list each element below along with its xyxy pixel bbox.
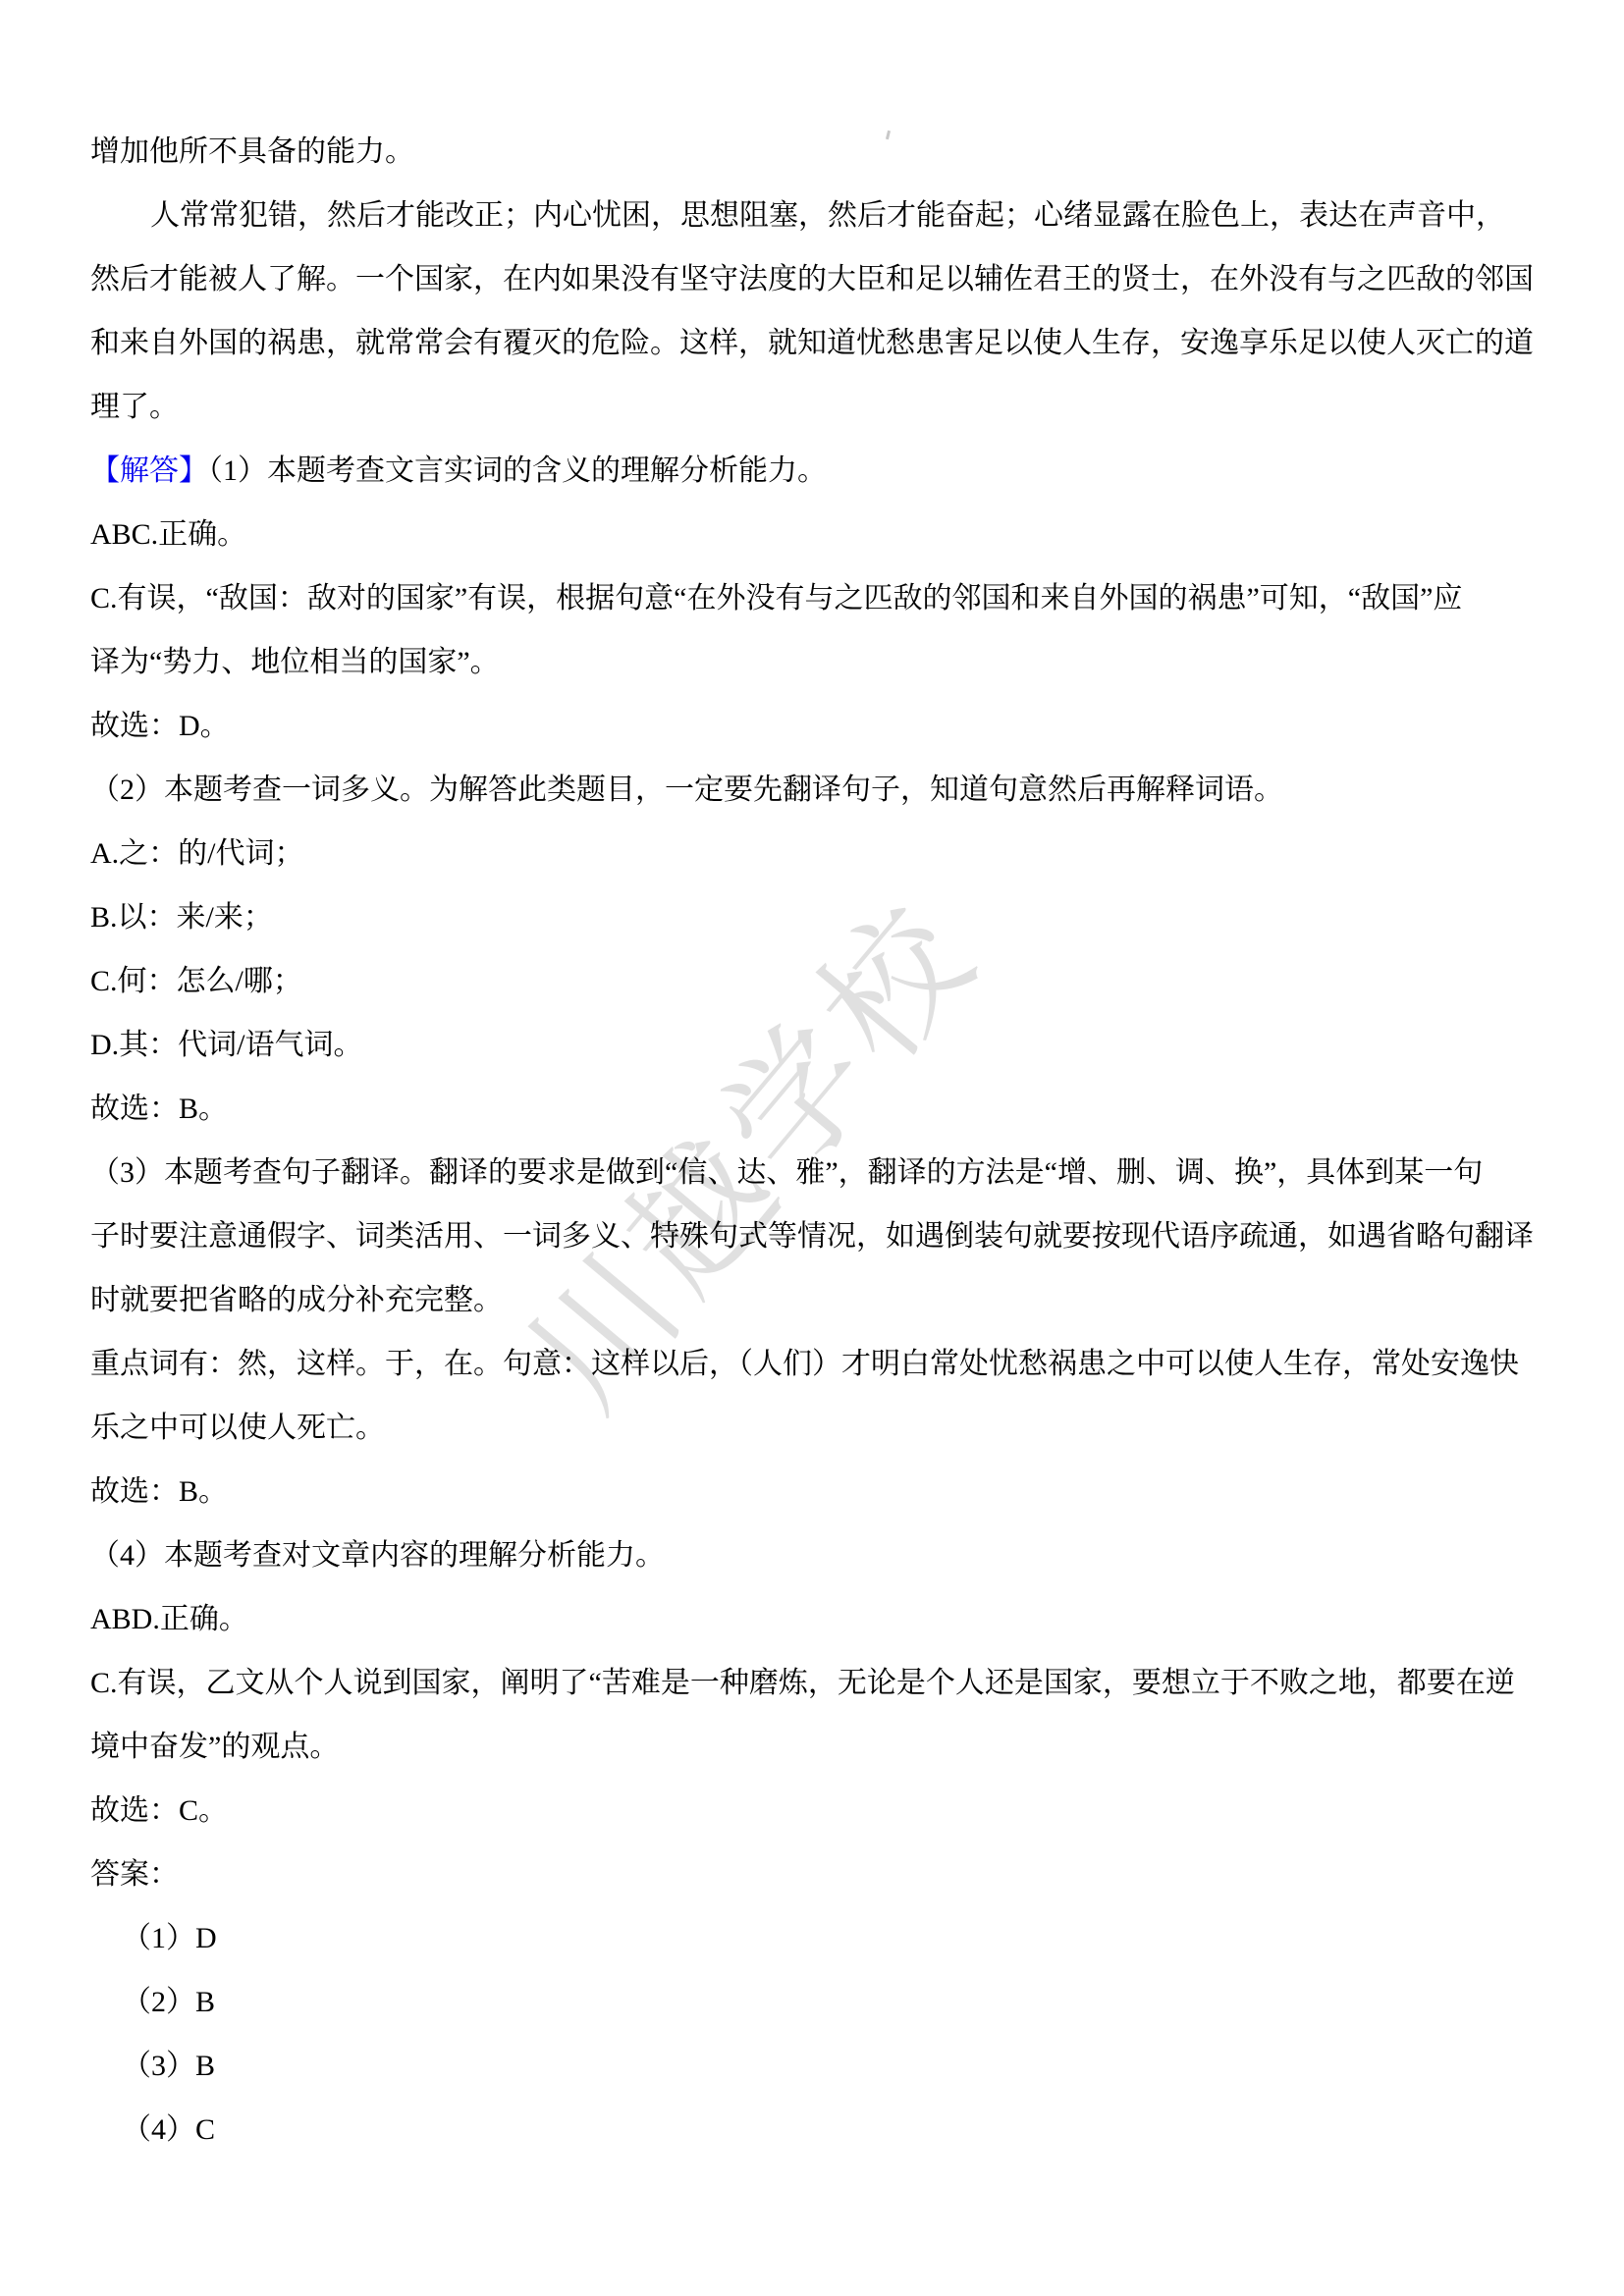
text-line: ABC.正确。: [90, 503, 1543, 566]
document-body: 增加他所不具备的能力。 人常常犯错，然后才能改正；内心忧困，思想阻塞，然后才能奋…: [90, 120, 1543, 2162]
text-line: 子时要注意通假字、词类活用、一词多义、特殊句式等情况，如遇倒装句就要按现代语序疏…: [90, 1204, 1543, 1268]
jieda-label: 【解答】: [90, 454, 208, 487]
text-line: 和来自外国的祸患，就常常会有覆灭的危险。这样，就知道忧愁患害足以使人生存，安逸享…: [90, 311, 1543, 375]
text-line: 故选：C。: [90, 1779, 1543, 1842]
text-line: 故选：D。: [90, 694, 1543, 758]
text-line: （3）本题考查句子翻译。翻译的要求是做到“信、达、雅”，翻译的方法是“增、删、调…: [90, 1141, 1543, 1204]
text-line: B.以：来/来；: [90, 885, 1543, 949]
text-line: 人常常犯错，然后才能改正；内心忧困，思想阻塞，然后才能奋起；心绪显露在脸色上，表…: [90, 184, 1543, 247]
text-line: 然后才能被人了解。一个国家，在内如果没有坚守法度的大臣和足以辅佐君王的贤士，在外…: [90, 247, 1543, 311]
answer-item: （2）B: [90, 1970, 1543, 2034]
answer-item: （1）D: [90, 1906, 1543, 1970]
text-line: 重点词有：然，这样。于，在。句意：这样以后，（人们）才明白常处忧愁祸患之中可以使…: [90, 1332, 1543, 1396]
text-line: 译为“势力、地位相当的国家”。: [90, 630, 1543, 694]
answers-heading: 答案：: [90, 1842, 1543, 1906]
text-line: 境中奋发”的观点。: [90, 1715, 1543, 1779]
text-line: 时就要把省略的成分补充完整。: [90, 1268, 1543, 1332]
text-line: A.之：的/代词；: [90, 822, 1543, 885]
text-line: （4）本题考查对文章内容的理解分析能力。: [90, 1523, 1543, 1587]
text-line: C.何：怎么/哪；: [90, 949, 1543, 1013]
answer-item: （4）C: [90, 2098, 1543, 2162]
text-line: （2）本题考查一词多义。为解答此类题目，一定要先翻译句子，知道句意然后再解释词语…: [90, 758, 1543, 822]
text-line: C.有误，“敌国：敌对的国家”有误，根据句意“在外没有与之匹敌的邻国和来自外国的…: [90, 566, 1543, 630]
text-line: 故选：B。: [90, 1460, 1543, 1523]
text-line: 增加他所不具备的能力。: [90, 120, 1543, 184]
text-line: C.有误，乙文从个人说到国家，阐明了“苦难是一种磨炼，无论是个人还是国家，要想立…: [90, 1651, 1543, 1715]
answer-item: （3）B: [90, 2034, 1543, 2098]
text-line: D.其：代词/语气词。: [90, 1013, 1543, 1077]
text-line: 理了。: [90, 375, 1543, 439]
text-line: 故选：B。: [90, 1077, 1543, 1141]
text-line-answer-explanation: 【解答】（1）本题考查文言实词的含义的理解分析能力。: [90, 439, 1543, 503]
text-line: 乐之中可以使人死亡。: [90, 1396, 1543, 1460]
text-line: ABD.正确。: [90, 1587, 1543, 1651]
document-page: 川越学校 增加他所不具备的能力。 人常常犯错，然后才能改正；内心忧困，思想阻塞，…: [0, 0, 1624, 2296]
text-line: （1）本题考查文言实词的含义的理解分析能力。: [208, 454, 827, 487]
